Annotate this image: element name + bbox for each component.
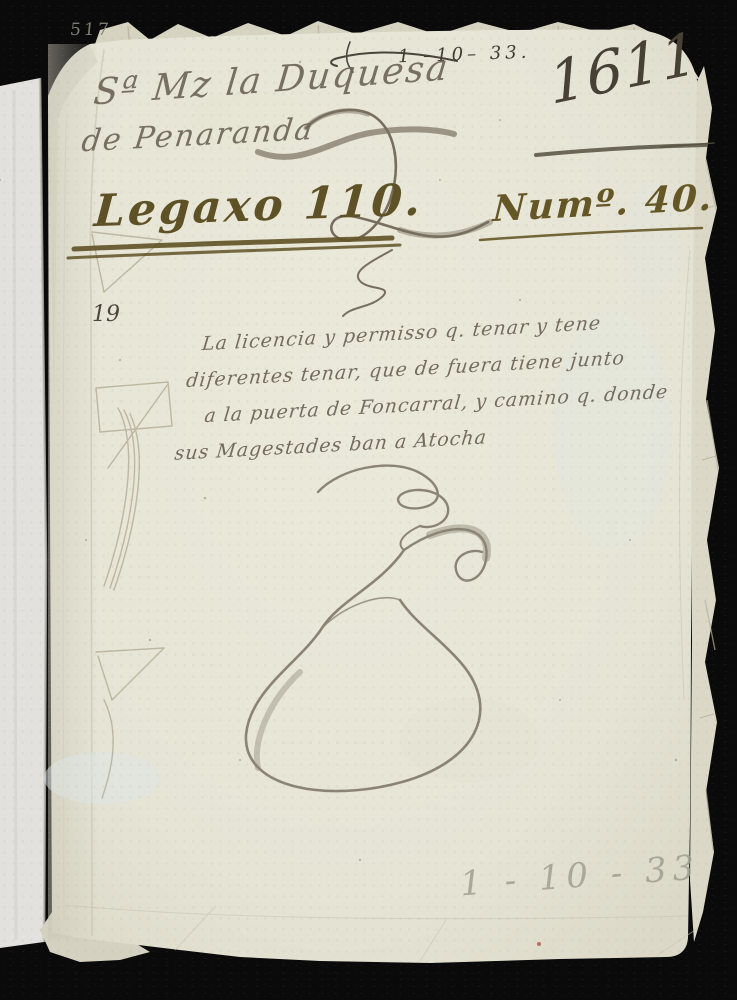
book-spine [0, 78, 46, 948]
manuscript-scan: 517 1 –10– 33. 1611 Sª Mz la Duquesa de … [0, 0, 737, 1000]
folio-number-pencil: 517 [69, 20, 113, 40]
margin-number: 19 [92, 302, 120, 327]
body-text: La licencia y permisso q. tenar y tene d… [189, 301, 684, 471]
